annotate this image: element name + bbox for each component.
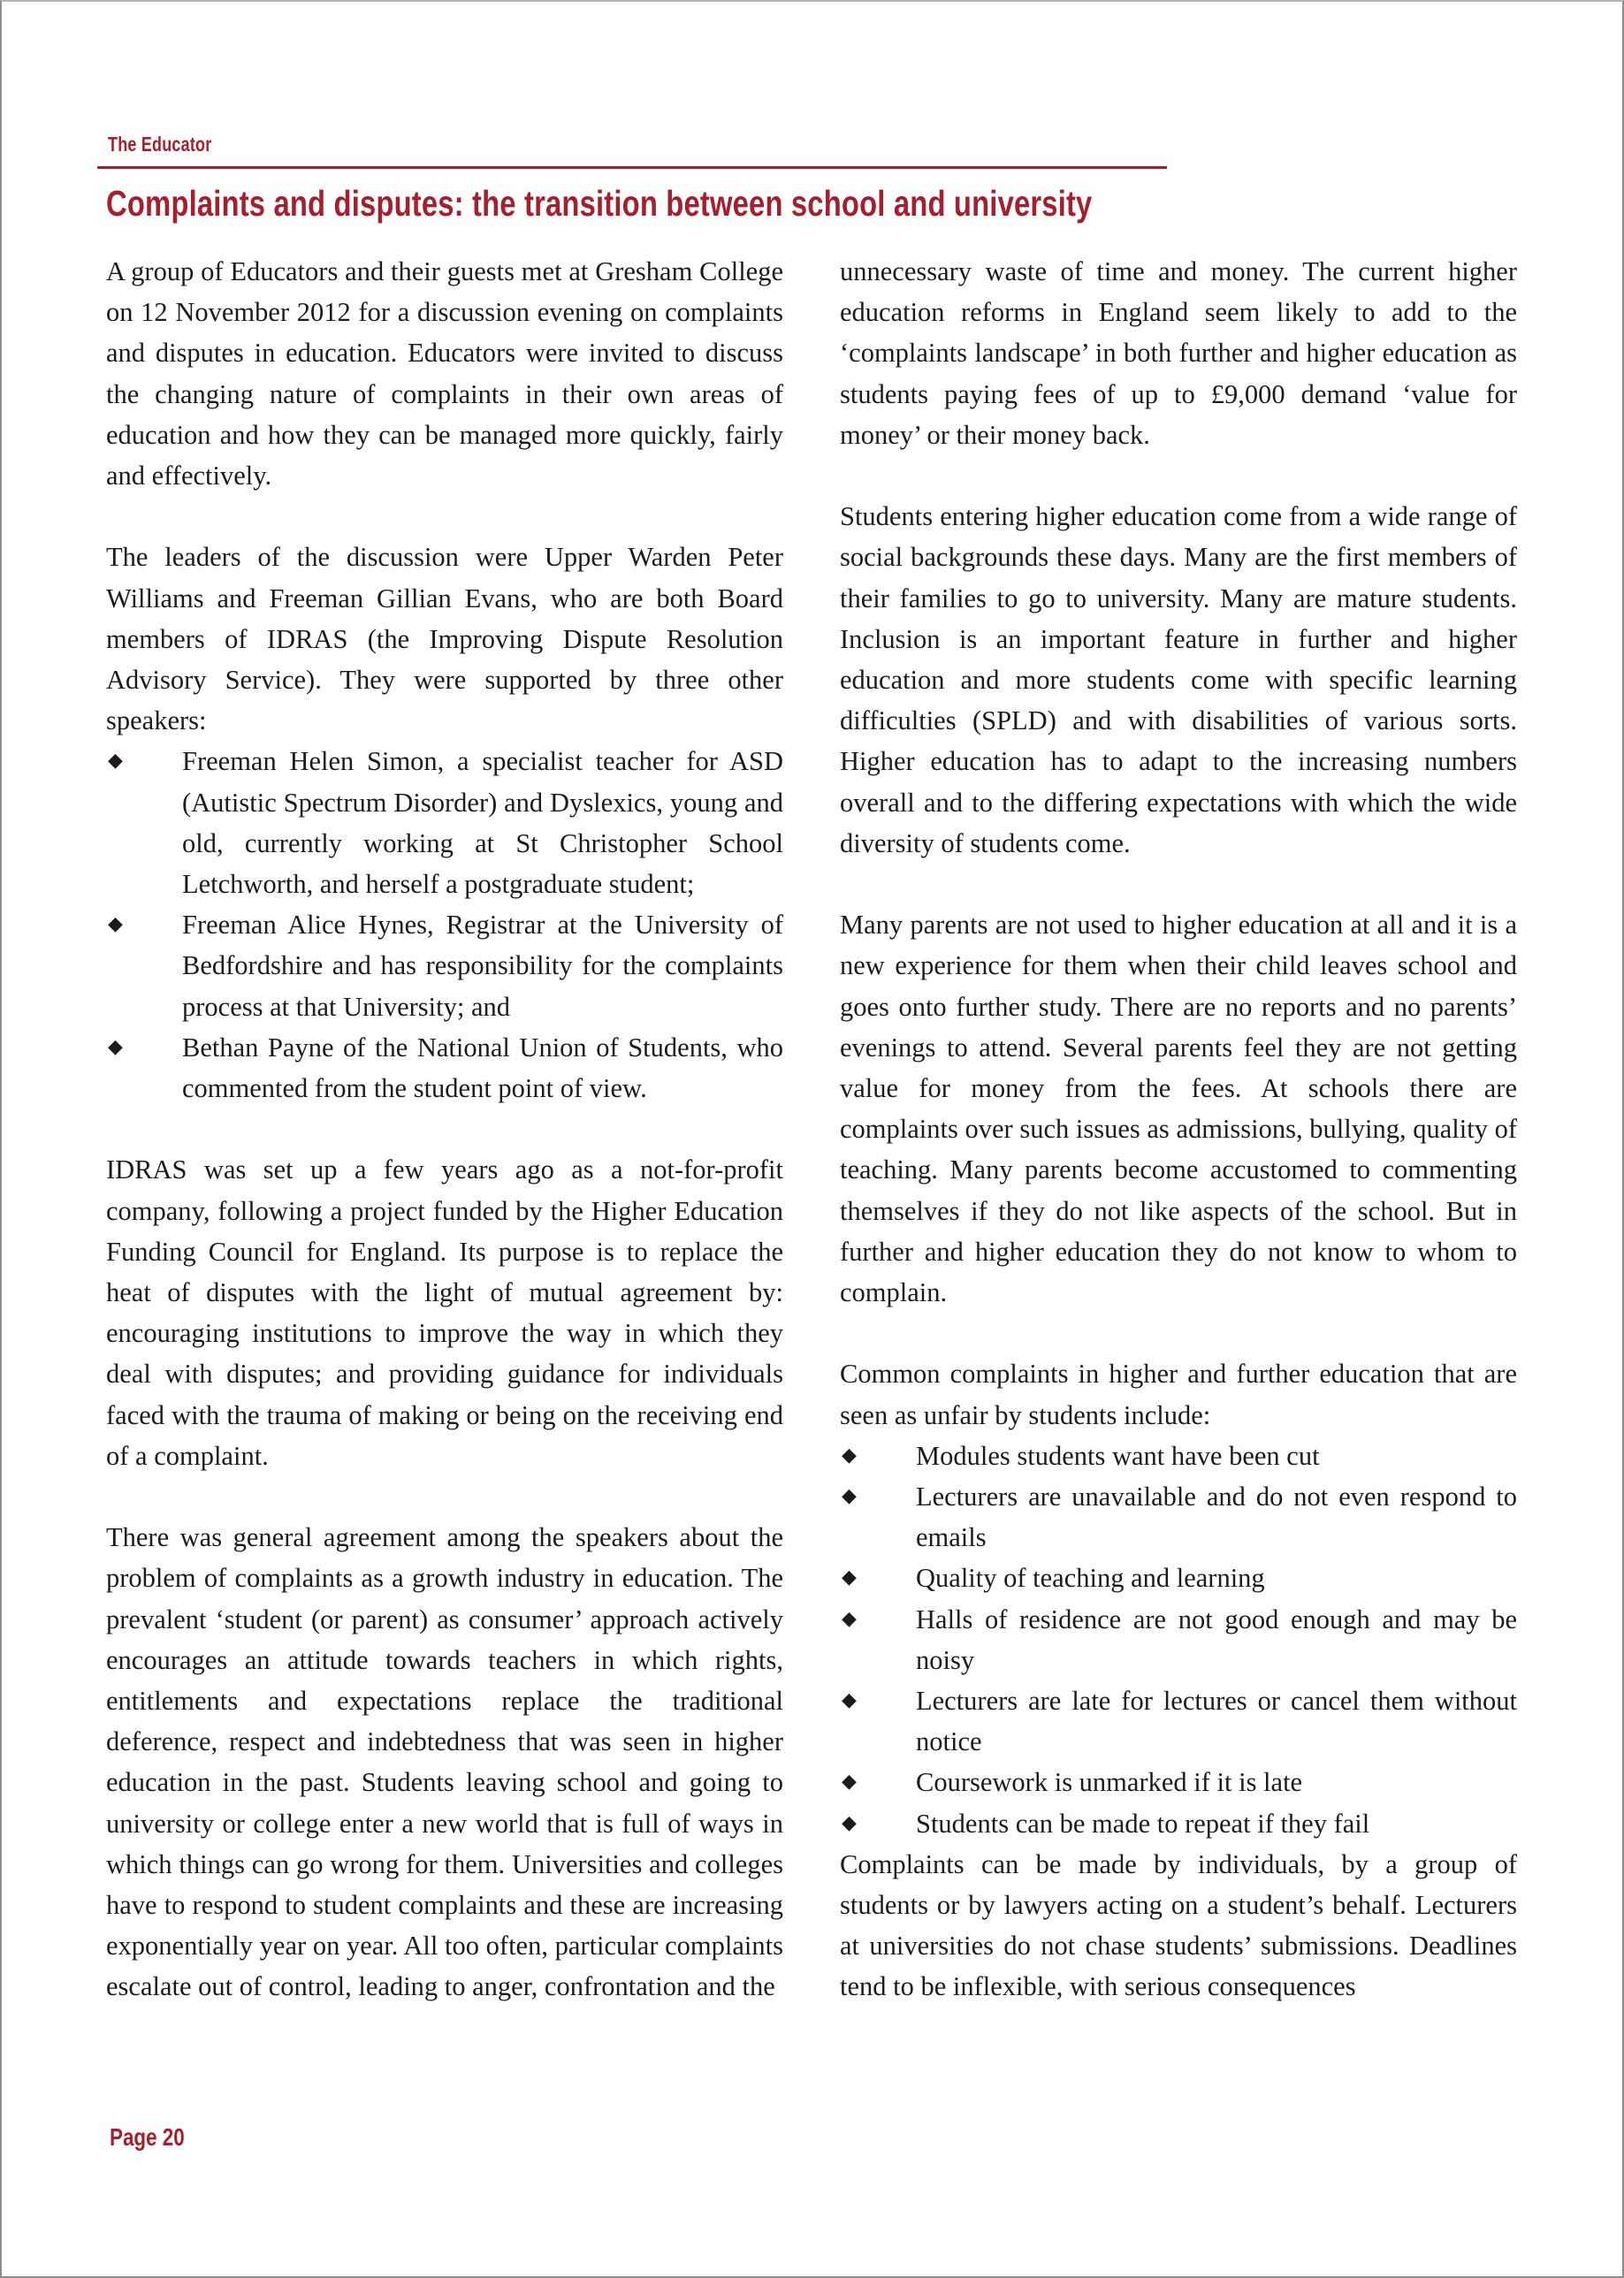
list-item-text: Quality of teaching and learning bbox=[916, 1563, 1265, 1593]
list-item-text: Coursework is unmarked if it is late bbox=[916, 1767, 1302, 1797]
list-item: ◆ Bethan Payne of the National Union of … bbox=[106, 1027, 783, 1109]
speakers-list: ◆ Freeman Helen Simon, a specialist teac… bbox=[106, 741, 783, 1109]
list-item: ◆ Quality of teaching and learning bbox=[840, 1558, 1517, 1598]
header-rule bbox=[97, 166, 1167, 169]
list-item: ◆ Freeman Helen Simon, a specialist teac… bbox=[106, 741, 783, 904]
list-item: ◆ Students can be made to repeat if they… bbox=[840, 1803, 1517, 1844]
diamond-bullet-icon: ◆ bbox=[842, 1558, 857, 1598]
students-background-paragraph: Students entering higher education come … bbox=[840, 496, 1517, 864]
list-item: ◆ Lecturers are late for lectures or can… bbox=[840, 1680, 1517, 1762]
complaints-list: ◆ Modules students want have been cut ◆ … bbox=[840, 1436, 1517, 1844]
list-item-text: Lecturers are unavailable and do not eve… bbox=[916, 1482, 1517, 1552]
list-item-text: Freeman Helen Simon, a specialist teache… bbox=[182, 746, 783, 899]
list-item-text: Bethan Payne of the National Union of St… bbox=[182, 1032, 783, 1103]
complaint-sources-paragraph: Complaints can be made by individuals, b… bbox=[840, 1844, 1517, 2008]
list-item-text: Modules students want have been cut bbox=[916, 1441, 1320, 1471]
diamond-bullet-icon: ◆ bbox=[842, 1803, 857, 1844]
parents-paragraph: Many parents are not used to higher educ… bbox=[840, 904, 1517, 1313]
right-column: unnecessary waste of time and money. The… bbox=[840, 251, 1517, 2008]
page-number: Page 20 bbox=[110, 2123, 185, 2152]
list-item-text: Students can be made to repeat if they f… bbox=[916, 1809, 1369, 1839]
diamond-bullet-icon: ◆ bbox=[842, 1436, 857, 1476]
diamond-bullet-icon: ◆ bbox=[842, 1680, 857, 1721]
list-item-text: Freeman Alice Hynes, Registrar at the Un… bbox=[182, 910, 783, 1021]
list-item-text: Halls of residence are not good enough a… bbox=[916, 1604, 1517, 1675]
diamond-bullet-icon: ◆ bbox=[108, 1027, 123, 1068]
intro-paragraph: A group of Educators and their guests me… bbox=[106, 251, 783, 496]
common-complaints-intro: Common complaints in higher and further … bbox=[840, 1353, 1517, 1435]
list-item-text: Lecturers are late for lectures or cance… bbox=[916, 1686, 1517, 1756]
list-item: ◆ Freeman Alice Hynes, Registrar at the … bbox=[106, 904, 783, 1027]
leaders-paragraph: The leaders of the discussion were Upper… bbox=[106, 537, 783, 741]
diamond-bullet-icon: ◆ bbox=[108, 904, 123, 945]
reforms-paragraph: unnecessary waste of time and money. The… bbox=[840, 251, 1517, 455]
list-item: ◆ Modules students want have been cut bbox=[840, 1436, 1517, 1476]
idras-paragraph: IDRAS was set up a few years ago as a no… bbox=[106, 1149, 783, 1476]
growth-industry-paragraph: There was general agreement among the sp… bbox=[106, 1517, 783, 2007]
diamond-bullet-icon: ◆ bbox=[108, 741, 123, 781]
list-item: ◆ Lecturers are unavailable and do not e… bbox=[840, 1476, 1517, 1558]
article-title: Complaints and disputes: the transition … bbox=[106, 183, 1092, 225]
publication-name: The Educator bbox=[108, 133, 211, 156]
diamond-bullet-icon: ◆ bbox=[842, 1599, 857, 1640]
list-item: ◆ Halls of residence are not good enough… bbox=[840, 1599, 1517, 1680]
list-item: ◆ Coursework is unmarked if it is late bbox=[840, 1762, 1517, 1802]
left-column: A group of Educators and their guests me… bbox=[106, 251, 783, 2008]
diamond-bullet-icon: ◆ bbox=[842, 1762, 857, 1802]
diamond-bullet-icon: ◆ bbox=[842, 1476, 857, 1517]
